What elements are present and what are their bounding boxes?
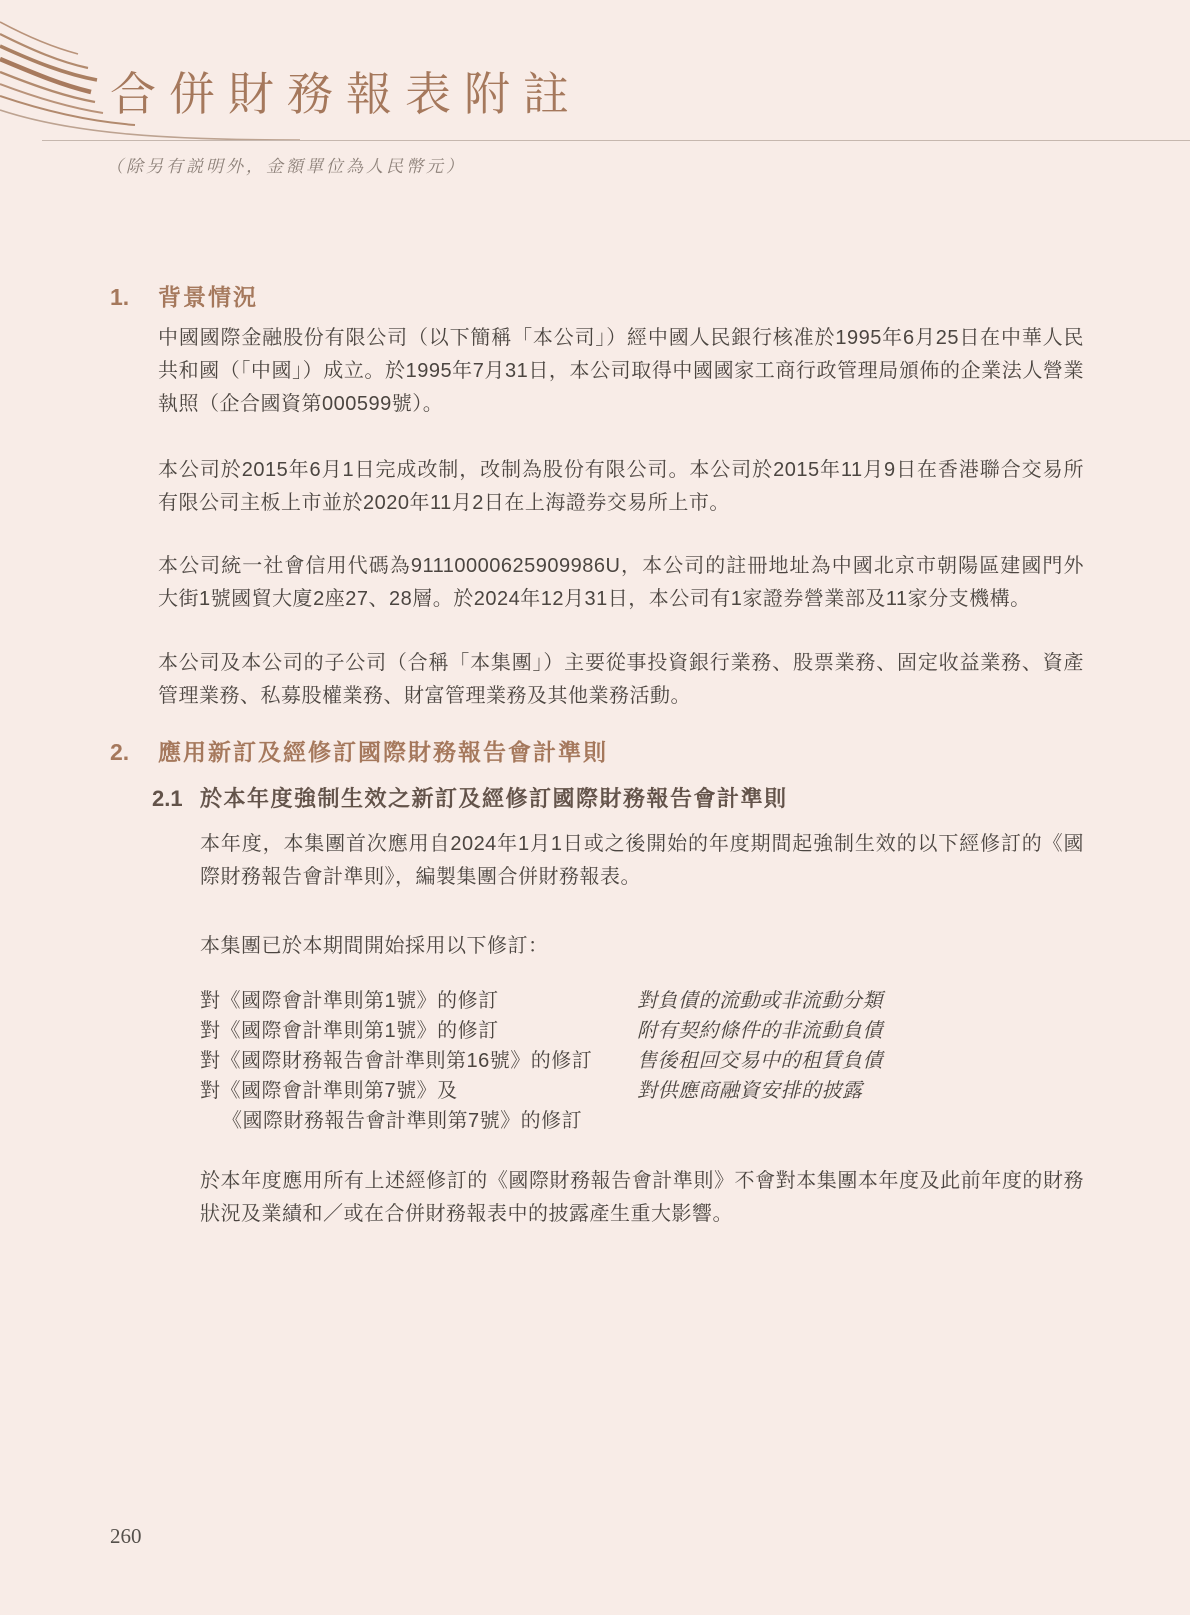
section-1-title: 背景情況 [158, 284, 258, 310]
amendment-row: 《國際財務報告會計準則第7號》的修訂 [200, 1111, 1084, 1132]
amendment-topic: 售後租回交易中的租賃負債 [637, 1051, 1084, 1072]
page-title: 合併財務報表附註 [110, 64, 582, 126]
paragraph-company-establishment: 中國國際金融股份有限公司（以下簡稱「本公司」）經中國人民銀行核准於1995年6月… [158, 322, 1084, 421]
amendment-standard: 《國際財務報告會計準則第7號》的修訂 [200, 1111, 637, 1132]
section-2-1-number: 2.1 [152, 786, 200, 812]
amendment-topic: 附有契約條件的非流動負債 [637, 1021, 1084, 1042]
page-number: 260 [110, 1524, 142, 1549]
section-2-number: 2. [110, 739, 158, 766]
section-1-number: 1. [110, 284, 158, 311]
amendment-topic [637, 1111, 1084, 1132]
amendment-standard: 對《國際會計準則第7號》及 [200, 1081, 637, 1102]
amendments-list: 對《國際會計準則第1號》的修訂 對負債的流動或非流動分類 對《國際會計準則第1號… [200, 991, 1084, 1141]
amendment-standard: 對《國際財務報告會計準則第16號》的修訂 [200, 1051, 637, 1072]
amendment-row: 對《國際會計準則第1號》的修訂 附有契約條件的非流動負債 [200, 1021, 1084, 1042]
section-2-1-title: 於本年度強制生效之新訂及經修訂國際財務報告會計準則 [200, 786, 788, 811]
header-divider [42, 140, 1190, 141]
paragraph-restructuring-listing: 本公司於2015年6月1日完成改制，改制為股份有限公司。本公司於2015年11月… [158, 454, 1084, 520]
section-2-title: 應用新訂及經修訂國際財務報告會計準則 [158, 739, 608, 765]
amendment-row: 對《國際財務報告會計準則第16號》的修訂 售後租回交易中的租賃負債 [200, 1051, 1084, 1072]
amendment-standard: 對《國際會計準則第1號》的修訂 [200, 1021, 637, 1042]
paragraph-2-1-conclusion: 於本年度應用所有上述經修訂的《國際財務報告會計準則》不會對本集團本年度及此前年度… [200, 1165, 1084, 1231]
amendment-topic: 對負債的流動或非流動分類 [637, 991, 1084, 1012]
document-page: 合併財務報表附註 （除另有説明外，金額單位為人民幣元） 1.背景情況 中國國際金… [0, 0, 1190, 1615]
amendment-topic: 對供應商融資安排的披露 [637, 1081, 1084, 1102]
amendment-standard: 對《國際會計準則第1號》的修訂 [200, 991, 637, 1012]
page-subtitle: （除另有説明外，金額單位為人民幣元） [106, 152, 466, 177]
paragraph-credit-code-address: 本公司統一社會信用代碼為91110000625909986U，本公司的註冊地址為… [158, 550, 1084, 616]
amendment-row: 對《國際會計準則第1號》的修訂 對負債的流動或非流動分類 [200, 991, 1084, 1012]
section-1-heading: 1.背景情況 [110, 279, 258, 312]
paragraph-2-1-adopted-lead: 本集團已於本期間開始採用以下修訂： [200, 930, 1084, 963]
paragraph-business-scope: 本公司及本公司的子公司（合稱「本集團」）主要從事投資銀行業務、股票業務、固定收益… [158, 647, 1084, 713]
section-2-1-heading: 2.1於本年度強制生效之新訂及經修訂國際財務報告會計準則 [152, 782, 788, 813]
amendment-row: 對《國際會計準則第7號》及 對供應商融資安排的披露 [200, 1081, 1084, 1102]
section-2-heading: 2.應用新訂及經修訂國際財務報告會計準則 [110, 734, 608, 767]
paragraph-2-1-intro: 本年度，本集團首次應用自2024年1月1日或之後開始的年度期間起強制生效的以下經… [200, 828, 1084, 894]
